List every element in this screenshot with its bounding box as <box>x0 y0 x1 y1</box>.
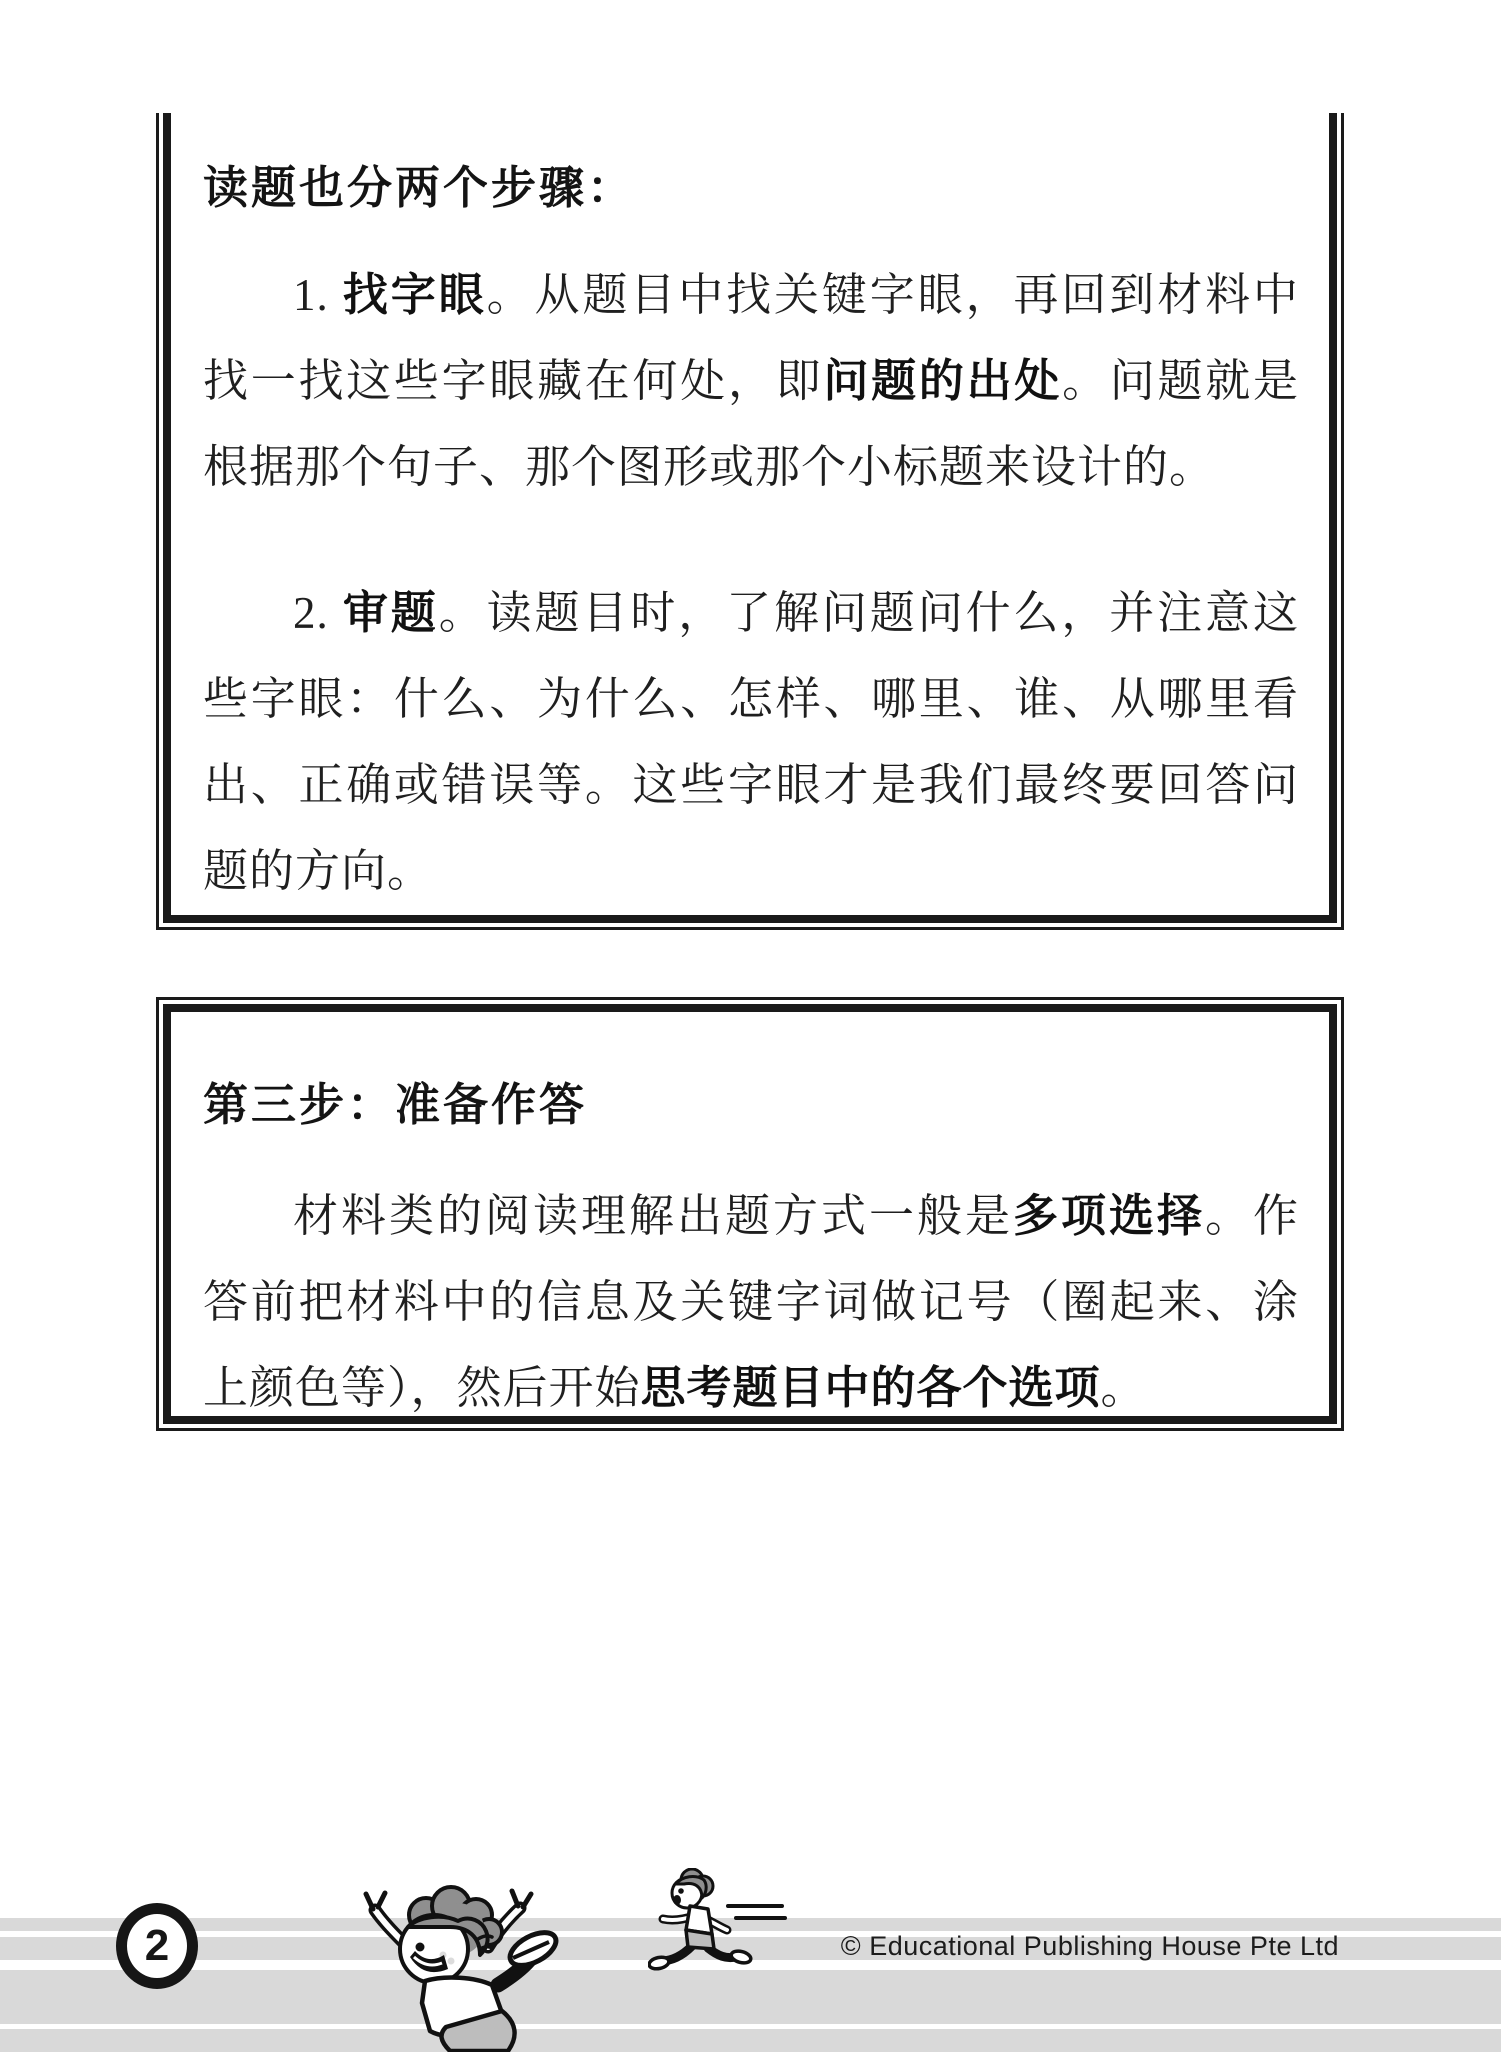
emphasized-text-run: 找字眼 <box>343 269 487 320</box>
section-reading-steps-inner: 读题也分两个步骤： 1. 找字眼。从题目中找关键字眼，再回到材料中找一找这些字眼… <box>163 113 1337 923</box>
section-step-three: 第三步：准备作答 材料类的阅读理解出题方式一般是多项选择。作答前把材料中的信息及… <box>156 997 1344 1431</box>
book-page: 读题也分两个步骤： 1. 找字眼。从题目中找关键字眼，再回到材料中找一找这些字眼… <box>0 0 1501 2052</box>
emphasized-text-run: 审题 <box>343 587 439 638</box>
reading-step-1-paragraph: 1. 找字眼。从题目中找关键字眼，再回到材料中找一找这些字眼藏在何处，即问题的出… <box>203 252 1299 510</box>
text-run: 2. <box>293 588 343 638</box>
running-boy-group <box>648 1869 785 1970</box>
section-reading-steps: 读题也分两个步骤： 1. 找字眼。从题目中找关键字眼，再回到材料中找一找这些字眼… <box>156 113 1344 930</box>
cartoon-boy-running-icon <box>648 1868 788 1983</box>
emphasized-text-run: 多项选择 <box>1013 1190 1205 1241</box>
text-run: 1. <box>293 270 343 320</box>
step-three-heading: 第三步：准备作答 <box>203 1068 1299 1133</box>
step-three-paragraph: 材料类的阅读理解出题方式一般是多项选择。作答前把材料中的信息及关键字词做记号（圈… <box>203 1173 1299 1424</box>
page-number: 2 <box>145 1921 169 1971</box>
cartoon-boy-cheering-icon <box>330 1885 565 2052</box>
emphasized-text-run: 问题的出处 <box>823 355 1062 406</box>
text-run: 。 <box>1101 1363 1147 1413</box>
track-stripe <box>0 2029 1501 2052</box>
speed-lines <box>728 1906 785 1918</box>
emphasized-text-run: 思考题目中的各个选项 <box>641 1362 1101 1413</box>
section-step-three-inner: 第三步：准备作答 材料类的阅读理解出题方式一般是多项选择。作答前把材料中的信息及… <box>163 1004 1337 1424</box>
reading-step-2-paragraph: 2. 审题。读题目时，了解问题问什么，并注意这些字眼：什么、为什么、怎样、哪里、… <box>203 570 1299 914</box>
page-number-badge: 2 <box>116 1903 198 1989</box>
text-run: 材料类的阅读理解出题方式一般是 <box>293 1191 1013 1241</box>
cheering-boy-group <box>366 1887 561 2051</box>
reading-steps-heading: 读题也分两个步骤： <box>203 151 1299 216</box>
copyright-text: © Educational Publishing House Pte Ltd <box>841 1931 1339 1962</box>
